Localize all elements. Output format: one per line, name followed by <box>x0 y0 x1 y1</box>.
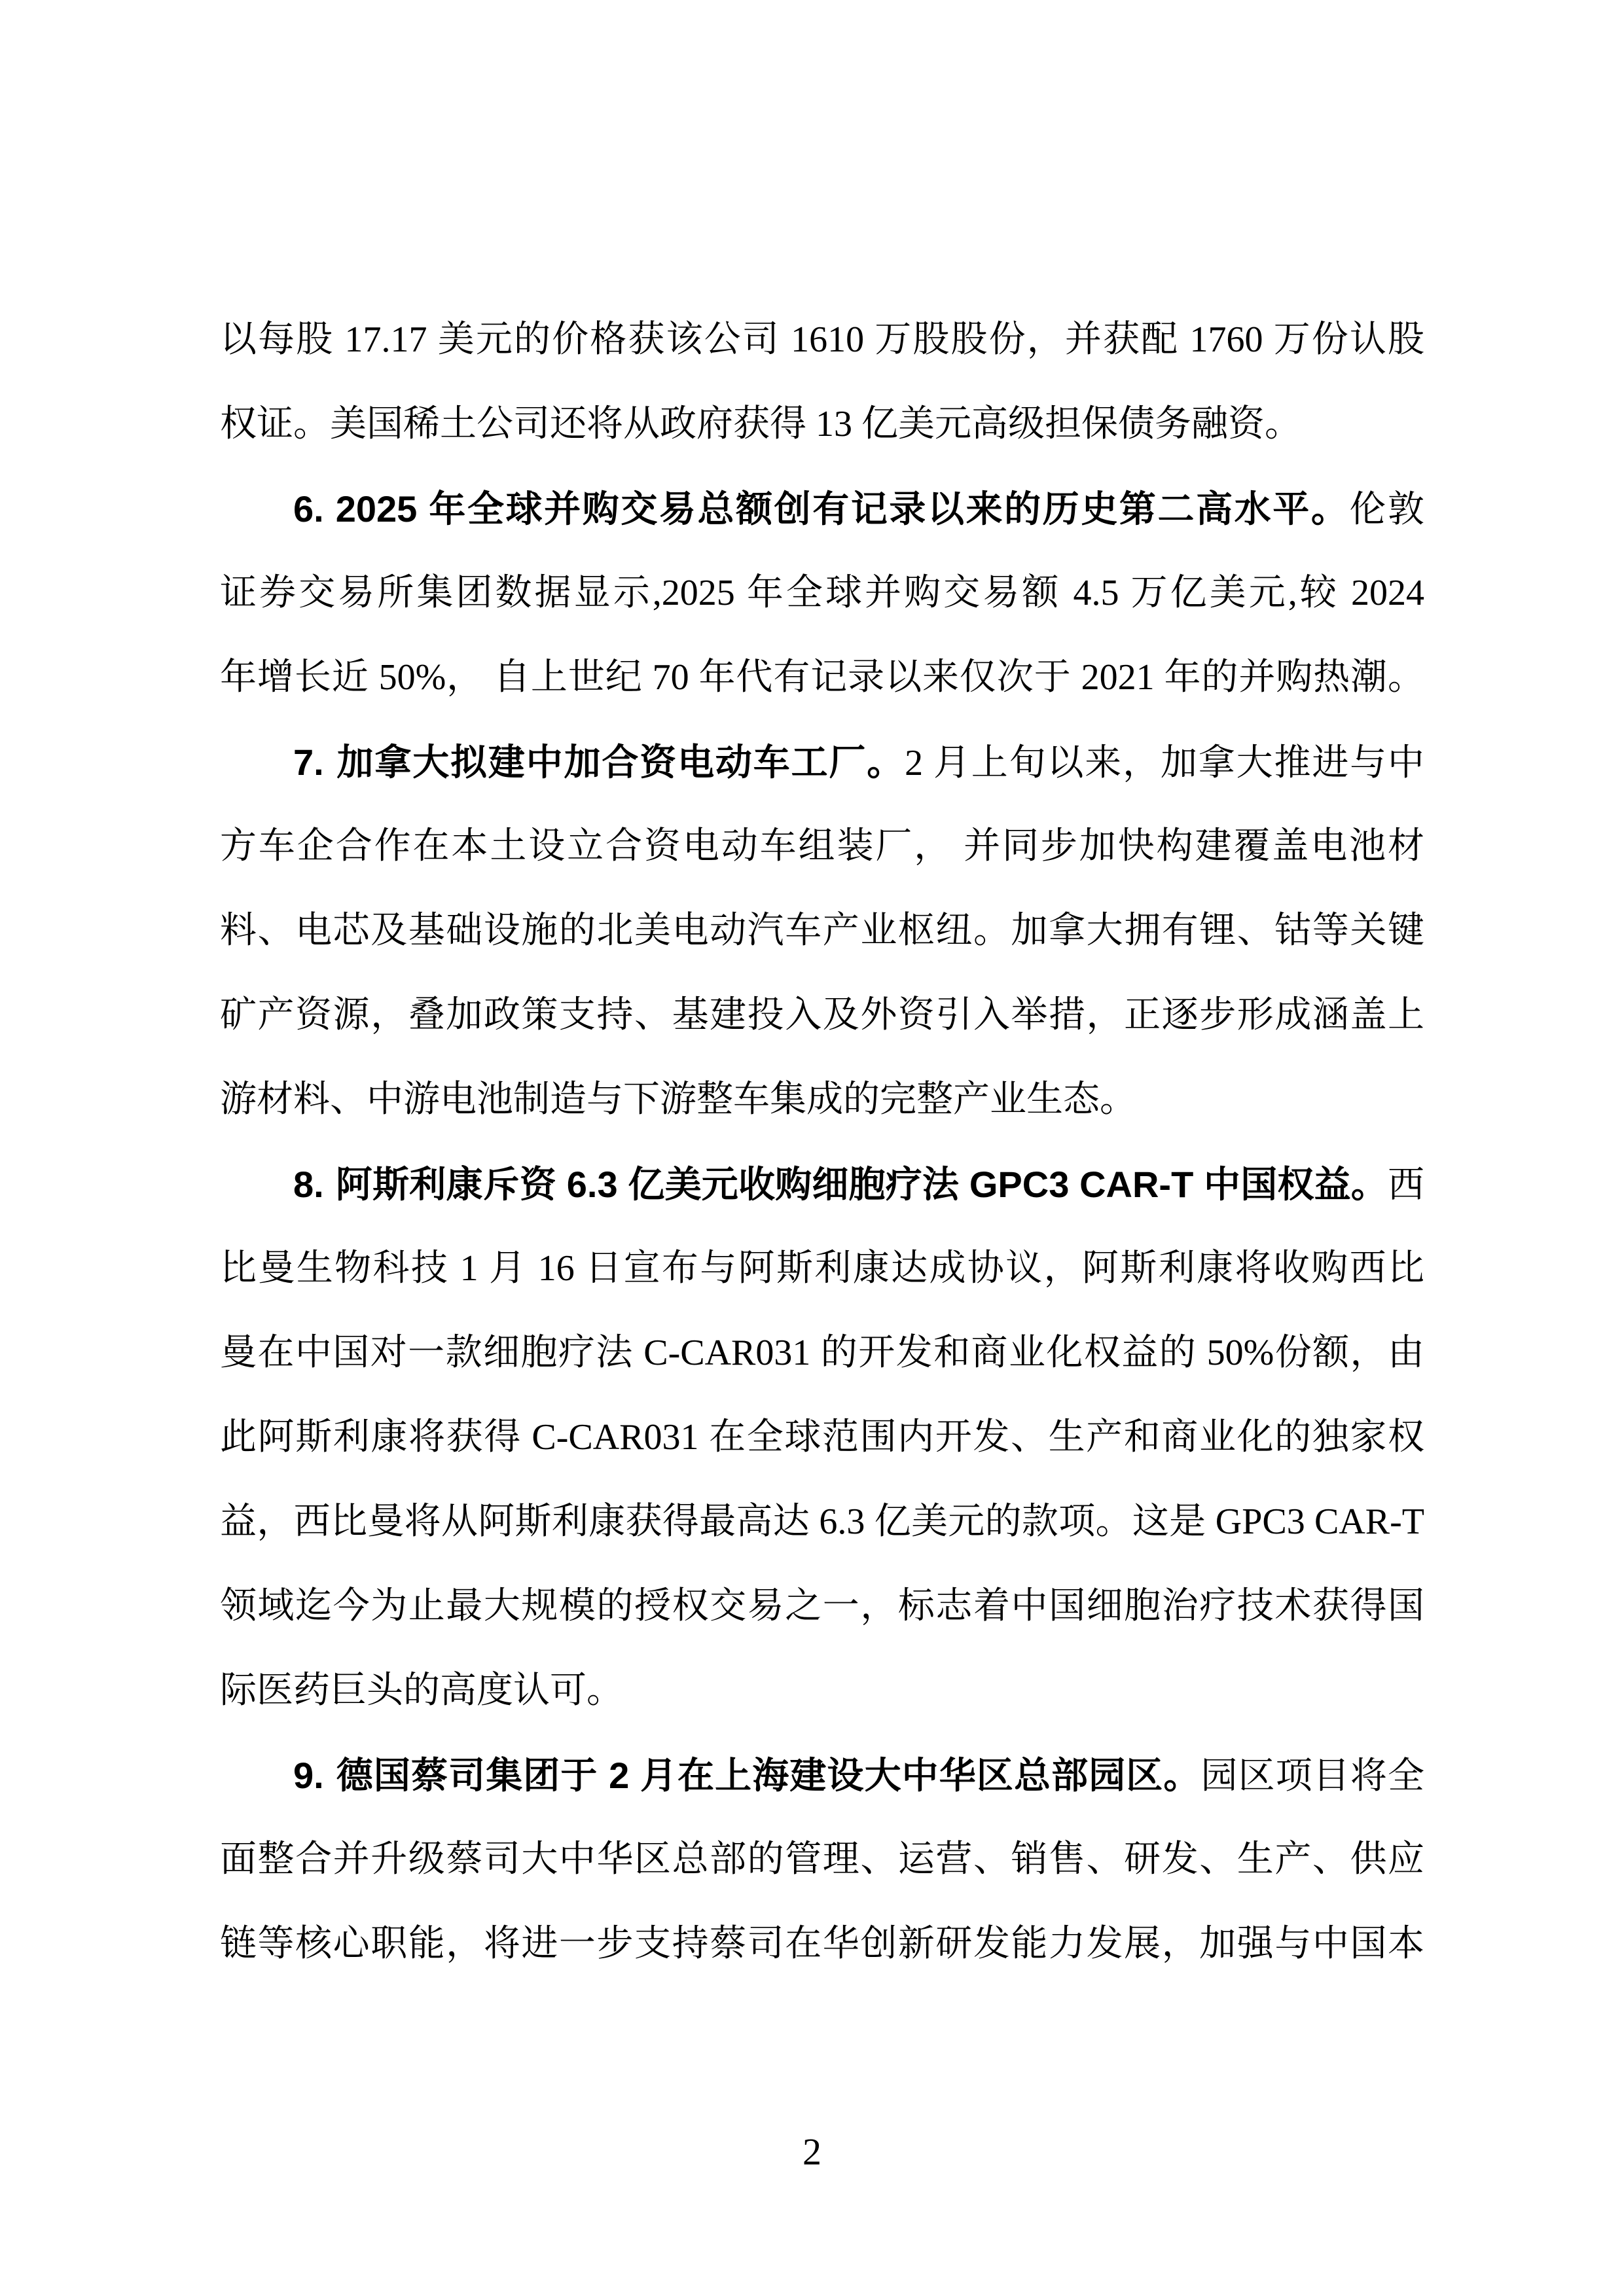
body-text: 2 月上旬以来，加拿大推进与中 <box>905 743 1424 783</box>
text-line: 权证。美国稀土公司还将从政府获得 13 亿美元高级担保债务融资。 <box>220 382 1424 467</box>
text-line: 年增长近 50%， 自上世纪 70 年代有记录以来仅次于 2021 年的并购热潮… <box>220 636 1424 720</box>
body-text: 以每股 17.17 美元的价格获该公司 1610 万股股份，并获配 1760 万… <box>220 319 1424 360</box>
body-text: 西 <box>1388 1165 1424 1206</box>
body-text: 方车企合作在本土设立合资电动车组装厂， 并同步加快构建覆盖电池材 <box>220 826 1424 867</box>
paragraph-heading-text: 阿斯利康斥资 6.3 亿美元收购细胞疗法 GPC3 CAR-T 中国权益。 <box>336 1164 1388 1205</box>
body-text: 曼在中国对一款细胞疗法 C-CAR031 的开发和商业化权益的 50%份额，由 <box>220 1333 1424 1373</box>
body-text: 矿产资源，叠加政策支持、基建投入及外资引入举措，正逐步形成涵盖上 <box>220 995 1424 1035</box>
paragraph-heading-text: 加拿大拟建中加合资电动车工厂。 <box>336 742 905 783</box>
document-body: 以每股 17.17 美元的价格获该公司 1610 万股股份，并获配 1760 万… <box>220 298 1424 1986</box>
text-line: 方车企合作在本土设立合资电动车组装厂， 并同步加快构建覆盖电池材 <box>220 804 1424 889</box>
text-line: 矿产资源，叠加政策支持、基建投入及外资引入举措，正逐步形成涵盖上 <box>220 973 1424 1058</box>
text-line: 6.2025 年全球并购交易总额创有记录以来的历史第二高水平。伦敦 <box>220 467 1424 551</box>
text-line: 益，西比曼将从阿斯利康获得最高达 6.3 亿美元的款项。这是 GPC3 CAR-… <box>220 1480 1424 1564</box>
body-text: 链等核心职能，将进一步支持蔡司在华创新研发能力发展，加强与中国本 <box>220 1924 1424 1964</box>
body-text: 比曼生物科技 1 月 16 日宣布与阿斯利康达成协议，阿斯利康将收购西比 <box>220 1248 1424 1289</box>
text-line: 比曼生物科技 1 月 16 日宣布与阿斯利康达成协议，阿斯利康将收购西比 <box>220 1227 1424 1311</box>
paragraph-number: 9. <box>293 1755 324 1796</box>
paragraph-heading-text: 德国蔡司集团于 2 月在上海建设大中华区总部园区。 <box>336 1755 1201 1796</box>
page-number: 2 <box>803 2130 821 2173</box>
text-line: 际医药巨头的高度认可。 <box>220 1649 1424 1733</box>
body-text: 证券交易所集团数据显示,2025 年全球并购交易额 4.5 万亿美元,较 202… <box>220 573 1424 613</box>
body-text: 伦敦 <box>1349 490 1424 530</box>
text-line: 曼在中国对一款细胞疗法 C-CAR031 的开发和商业化权益的 50%份额，由 <box>220 1311 1424 1395</box>
paragraph-number: 6. <box>293 488 324 529</box>
text-line: 此阿斯利康将获得 C-CAR031 在全球范围内开发、生产和商业化的独家权 <box>220 1395 1424 1480</box>
text-line: 9.德国蔡司集团于 2 月在上海建设大中华区总部园区。园区项目将全 <box>220 1733 1424 1818</box>
body-text: 此阿斯利康将获得 C-CAR031 在全球范围内开发、生产和商业化的独家权 <box>220 1417 1424 1458</box>
paragraph-heading-text: 2025 年全球并购交易总额创有记录以来的历史第二高水平。 <box>336 488 1350 529</box>
body-text: 权证。美国稀土公司还将从政府获得 13 亿美元高级担保债务融资。 <box>220 404 1301 444</box>
body-text: 游材料、中游电池制造与下游整车集成的完整产业生态。 <box>220 1079 1136 1120</box>
text-line: 证券交易所集团数据显示,2025 年全球并购交易额 4.5 万亿美元,较 202… <box>220 551 1424 636</box>
text-line: 以每股 17.17 美元的价格获该公司 1610 万股股份，并获配 1760 万… <box>220 298 1424 382</box>
document-page: 以每股 17.17 美元的价格获该公司 1610 万股股份，并获配 1760 万… <box>0 0 1624 2296</box>
text-line: 游材料、中游电池制造与下游整车集成的完整产业生态。 <box>220 1058 1424 1142</box>
text-line: 料、电芯及基础设施的北美电动汽车产业枢纽。加拿大拥有锂、钴等关键 <box>220 889 1424 973</box>
body-text: 际医药巨头的高度认可。 <box>220 1670 623 1711</box>
page-footer: 2 <box>0 2132 1624 2172</box>
body-text: 面整合并升级蔡司大中华区总部的管理、运营、销售、研发、生产、供应 <box>220 1839 1424 1880</box>
body-text: 园区项目将全 <box>1201 1756 1425 1797</box>
paragraph-number: 8. <box>293 1164 324 1205</box>
text-line: 领域迄今为止最大规模的授权交易之一，标志着中国细胞治疗技术获得国 <box>220 1564 1424 1649</box>
body-text: 领域迄今为止最大规模的授权交易之一，标志着中国细胞治疗技术获得国 <box>220 1586 1424 1626</box>
text-line: 面整合并升级蔡司大中华区总部的管理、运营、销售、研发、生产、供应 <box>220 1818 1424 1902</box>
text-line: 8.阿斯利康斥资 6.3 亿美元收购细胞疗法 GPC3 CAR-T 中国权益。西 <box>220 1142 1424 1227</box>
body-text: 益，西比曼将从阿斯利康获得最高达 6.3 亿美元的款项。这是 GPC3 CAR-… <box>220 1501 1424 1542</box>
body-text: 年增长近 50%， 自上世纪 70 年代有记录以来仅次于 2021 年的并购热潮… <box>220 657 1424 698</box>
paragraph-number: 7. <box>293 742 324 783</box>
body-text: 料、电芯及基础设施的北美电动汽车产业枢纽。加拿大拥有锂、钴等关键 <box>220 910 1424 951</box>
text-line: 7.加拿大拟建中加合资电动车工厂。2 月上旬以来，加拿大推进与中 <box>220 720 1424 804</box>
text-line: 链等核心职能，将进一步支持蔡司在华创新研发能力发展，加强与中国本 <box>220 1902 1424 1986</box>
